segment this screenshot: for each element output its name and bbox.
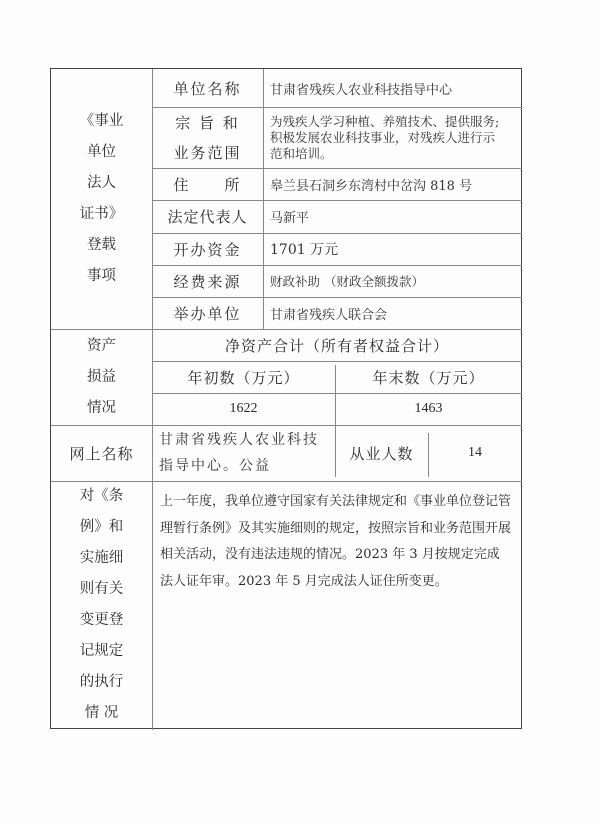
label-line: 单位 — [87, 137, 116, 168]
unit-name-value: 甘肃省残疾人农业科技指导中心 — [263, 69, 522, 107]
label-line: 宗 旨 和 — [175, 108, 240, 138]
legal-representative-label: 法定代表人 — [152, 200, 263, 233]
funding-source-label: 经费来源 — [152, 265, 263, 297]
online-name-label: 网上名称 — [51, 425, 152, 481]
sponsor-unit-value: 甘肃省残疾人联合会 — [263, 297, 522, 329]
staff-count-label: 从业人数 — [335, 425, 428, 481]
label-line: 事项 — [87, 261, 116, 292]
label-line: 损益 — [87, 362, 116, 393]
value-line: 范和培训。 — [270, 146, 333, 162]
registration-report-table: 《事业 单位 法人 证书》 登载 事项 单位名称 甘肃省残疾人农业科技指导中心 … — [50, 68, 522, 729]
purpose-scope-value: 为残疾人学习种植、养殖技术、提供服务; 积极发展农业科技事业，对残疾人进行示 范… — [263, 107, 522, 168]
purpose-scope-label: 宗 旨 和 业务范围 — [152, 107, 263, 168]
end-of-year-header: 年末数（万元） — [335, 361, 522, 393]
legal-representative-value: 马新平 — [263, 200, 522, 233]
label-line: 业务范围 — [173, 138, 241, 168]
label-line: 证书》 — [80, 199, 124, 230]
label-line: 例》和 — [80, 512, 124, 543]
value-line: 甘肃省残疾人农业科技 — [159, 427, 319, 453]
address-value: 皋兰县石洞乡东湾村中岔沟 818 号 — [263, 168, 522, 200]
staff-count-value: 14 — [428, 425, 522, 481]
beginning-of-year-value: 1622 — [152, 393, 335, 425]
registered-capital-label: 开办资金 — [152, 233, 263, 265]
label-line: 资产 — [87, 331, 116, 362]
label-line: 变更登 — [80, 605, 124, 636]
label-line: 《事业 — [80, 106, 124, 137]
registration-section-label: 《事业 单位 法人 证书》 登载 事项 — [51, 69, 152, 329]
label-line: 的执行 — [80, 667, 124, 698]
compliance-text: 上一年度，我单位遵守国家有关法律规定和《事业单位登记管理暂行条例》及其实施细则的… — [152, 481, 522, 728]
sponsor-unit-label: 举办单位 — [152, 297, 263, 329]
label-line: 情 况 — [85, 698, 119, 729]
address-label: 住 所 — [152, 168, 263, 200]
compliance-section-label: 对《条 例》和 实施细 则有关 变更登 记规定 的执行 情 况 — [51, 481, 152, 728]
value-line: 积极发展农业科技事业，对残疾人进行示 — [270, 130, 495, 146]
beginning-of-year-header: 年初数（万元） — [152, 361, 335, 393]
label-line: 法人 — [87, 168, 116, 199]
label-line: 实施细 — [80, 543, 124, 574]
label-line: 则有关 — [80, 574, 124, 605]
net-assets-header: 净资产合计（所有者权益合计） — [152, 329, 522, 361]
value-line: 为残疾人学习种植、养殖技术、提供服务; — [270, 114, 499, 130]
label-line: 对《条 — [80, 481, 124, 512]
end-of-year-value: 1463 — [335, 393, 522, 425]
value-line: 指导中心。公益 — [159, 453, 271, 479]
label-line: 情况 — [87, 393, 116, 424]
label-line: 记规定 — [80, 636, 124, 667]
registered-capital-value: 1701 万元 — [263, 233, 522, 265]
unit-name-label: 单位名称 — [152, 69, 263, 107]
assets-section-label: 资产 损益 情况 — [51, 329, 152, 425]
label-line: 登载 — [87, 230, 116, 261]
online-name-value: 甘肃省残疾人农业科技 指导中心。公益 — [152, 425, 335, 481]
funding-source-value: 财政补助 （财政全额拨款） — [263, 265, 522, 297]
